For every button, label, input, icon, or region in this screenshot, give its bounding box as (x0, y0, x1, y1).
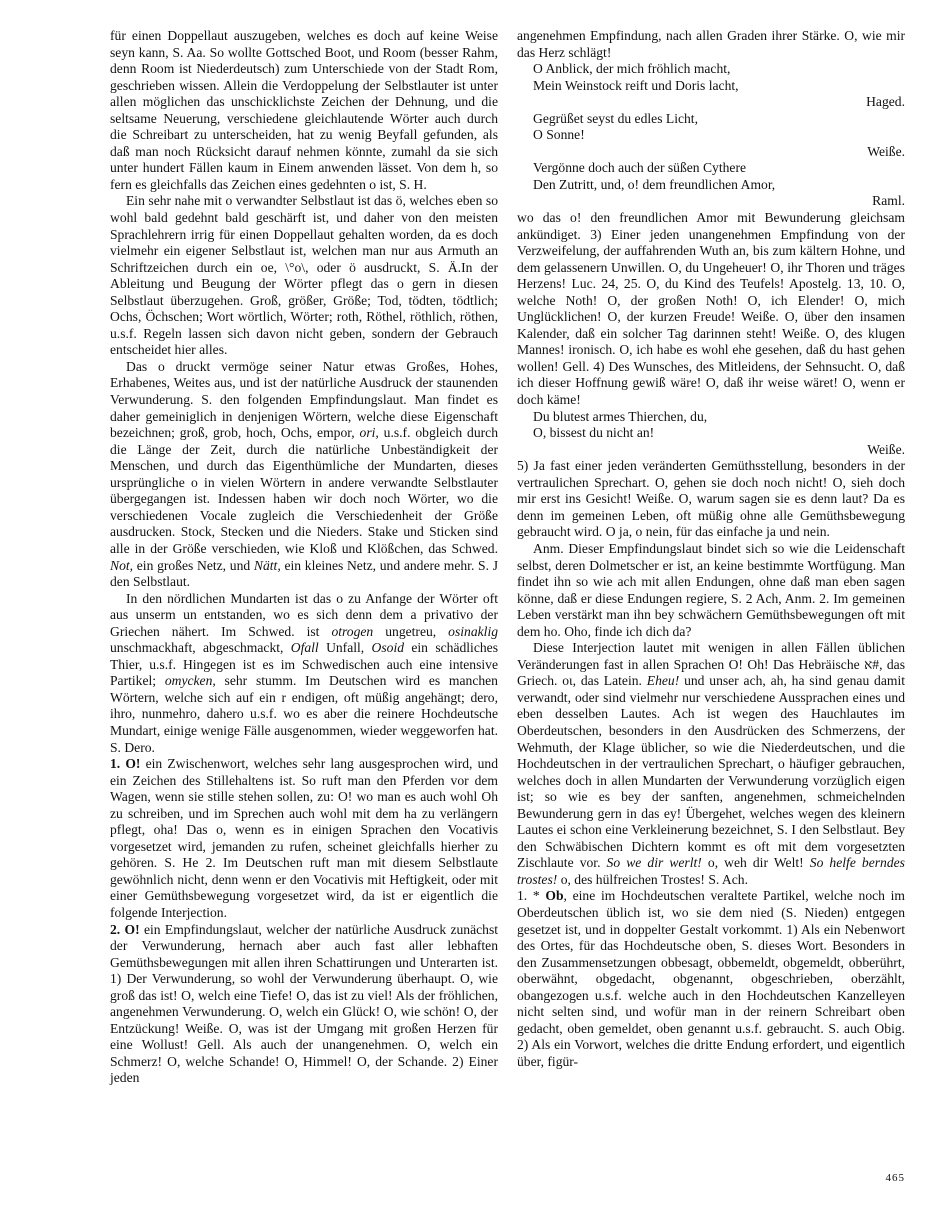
entry-number: 1. * (517, 888, 540, 903)
verse-line: O Anblick, der mich fröhlich macht, (517, 61, 905, 78)
italic-term: Not, (110, 558, 133, 573)
verse-attribution: Raml. (517, 193, 905, 210)
verse-line: O Sonne! (517, 127, 905, 144)
text: Unfall, (326, 640, 364, 655)
page-number: 465 (870, 1172, 905, 1184)
italic-term: osinaklig (448, 624, 498, 639)
verse-line: Du blutest armes Thierchen, du, (517, 409, 905, 426)
text: u.s.f. obgleich durch die Länge der Zeit… (110, 425, 498, 556)
paragraph-northern-dialects: In den nördlichen Mundarten ist das o zu… (110, 591, 498, 756)
verse-attribution: Weiße. (517, 144, 905, 161)
left-column: für einen Doppellaut auszugeben, welches… (110, 28, 498, 1087)
verse-line: Vergönne doch auch der süßen Cythere (517, 160, 905, 177)
verse-line: Gegrüßet seyst du edles Licht, (517, 111, 905, 128)
entry-definition: , eine im Hochdeutschen veraltete Partik… (517, 888, 905, 1068)
verse-line: Den Zutritt, und, o! dem freundlichen Am… (517, 177, 905, 194)
entry-1-o: 1. O! ein Zwischenwort, welches sehr lan… (110, 756, 498, 921)
text: In den nördlichen Mundarten ist das o zu… (110, 591, 498, 639)
verse-line: Mein Weinstock reift und Doris lacht, (517, 78, 905, 95)
entry-headword: Ob (545, 888, 563, 903)
verse-attribution: Weiße. (517, 442, 905, 459)
entry-definition: ein Empfindungslaut, welcher der natürli… (110, 922, 498, 1086)
entry-2-o: 2. O! ein Empfindungslaut, welcher der n… (110, 922, 498, 1087)
italic-term: Nätt, (254, 558, 281, 573)
italic-term: omycken, (165, 673, 216, 688)
text: ein großes Netz, und (137, 558, 250, 573)
paragraph-unpleasant-emotions: wo das o! den freundlichen Amor mit Bewu… (517, 210, 905, 409)
text: o, des hülfreichen Trostes! S. Ach. (561, 872, 748, 887)
paragraph-o-continuation: für einen Doppellaut auszugeben, welches… (110, 28, 498, 193)
italic-term: Eheu! (647, 673, 679, 688)
italic-term: Ofall (291, 640, 319, 655)
text: o, weh dir Welt! (708, 855, 804, 870)
paragraph-annotation: Anm. Dieser Empfindungslaut bindet sich … (517, 541, 905, 640)
entry-definition: ein Zwischenwort, welches sehr lang ausg… (110, 756, 498, 920)
text: ungetreu, (385, 624, 436, 639)
paragraph-etymology: Diese Interjection lautet mit wenigen in… (517, 640, 905, 888)
paragraph-o-nature: Das o druckt vermöge seiner Natur etwas … (110, 359, 498, 591)
italic-term: otrogen (331, 624, 373, 639)
entry-headword: 2. O! (110, 922, 140, 937)
italic-term: Osoid (372, 640, 404, 655)
text: unschmackhaft, abgeschmackt, (110, 640, 283, 655)
paragraph-mood-change: 5) Ja fast einer jeden veränderten Gemüt… (517, 458, 905, 541)
text: und unser ach, ah, ha sind genau damit v… (517, 673, 905, 870)
entry-headword: 1. O! (110, 756, 140, 771)
entry-1-ob: 1. * Ob, eine im Hochdeutschen veraltete… (517, 888, 905, 1070)
italic-term: ori, (360, 425, 379, 440)
right-column: angenehmen Empfindung, nach allen Graden… (517, 28, 905, 1070)
paragraph-oe-vowel: Ein sehr nahe mit o verwandter Selbstlau… (110, 193, 498, 358)
verse-line: O, bissest du nicht an! (517, 425, 905, 442)
dictionary-page: für einen Doppellaut auszugeben, welches… (0, 0, 935, 1210)
paragraph-emotion-continuation: angenehmen Empfindung, nach allen Graden… (517, 28, 905, 61)
verse-attribution: Haged. (517, 94, 905, 111)
italic-quote: So we dir werlt! (607, 855, 702, 870)
